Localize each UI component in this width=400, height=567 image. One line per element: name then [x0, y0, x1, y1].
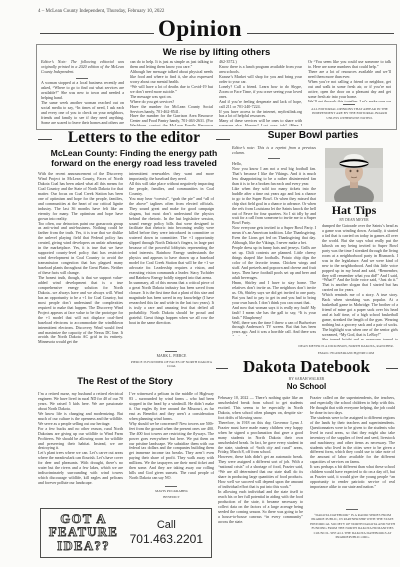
ad-line-3: IDEA??	[49, 540, 118, 553]
letter-title: McLean County: Finding the energy path f…	[38, 149, 230, 169]
superbowl-col-1: Hello, Now you know I am not a real big …	[232, 162, 316, 336]
superbowl-signature-email: EMAIL: FIGURE4RANCH@NRT.COM	[298, 351, 394, 355]
editorial-col-2: can do to help. It is just as simple as …	[130, 60, 213, 126]
ad-call-label: Call	[130, 519, 203, 533]
editorial-editors-note: Editor’s Note: The following editorial w…	[41, 60, 124, 76]
datebook-col-2: Frazier called on the superintendents, t…	[310, 396, 395, 506]
editorial-col-4: Or “You seem like you could use someone …	[308, 60, 391, 102]
opinion-rule-left	[40, 33, 154, 34]
editorial-col-3: 462-3572.) Know there is a lunch program…	[219, 60, 302, 126]
letters-section-title: Letters to the editor	[38, 129, 230, 147]
note-divider	[76, 78, 88, 79]
letter-signature: MARK L. PIERCE	[129, 354, 214, 359]
datebook-article-title: No School	[215, 382, 398, 391]
letter-col-1: With the recent announcement of the Disc…	[38, 172, 123, 348]
superbowl-signature: DEAN MEYER IS A DICKINSON, NORTH DAKOTA,…	[298, 344, 394, 348]
masthead-date-line: 4 – McLean County Independent, Thursday,…	[38, 9, 358, 14]
rest-of-story-signature: MAVIS PULKRABEK	[129, 489, 214, 494]
datebook-col-1: February 10, 2022 — There’s nothing quit…	[218, 396, 303, 534]
hat-tips-title: Hat Tips	[320, 203, 388, 218]
rest-of-story-title: The Rest of the Story	[35, 376, 215, 387]
superbowl-editors-note: Editor’s note: This is a reprint from a …	[232, 146, 316, 157]
datebook-footer: “DAKOTA DATEBOOK” IS A RADIO SERIES FROM…	[310, 513, 395, 540]
editorial-board-note: ALL EDITORIAL OPINIONS THAT APPEAR IN TH…	[308, 107, 391, 120]
editorial-title: We rise by lifting others	[37, 47, 396, 58]
ad-line-2: FEATURE	[49, 526, 118, 539]
opinion-rule-right	[247, 33, 394, 34]
ad-phone-number: 701.463.2201	[130, 532, 203, 547]
rest-sig-divider	[165, 486, 177, 487]
letter-sig-divider	[165, 351, 177, 352]
rest-of-story-col-1: I’m a retired nurse, my husband a retire…	[38, 392, 123, 500]
cowboy-hat-portrait-illustration	[325, 148, 383, 202]
feature-idea-ad: GOT A FEATURE IDEA?? Call 701.463.2201	[40, 508, 212, 558]
newspaper-opinion-page: 4 – McLean County Independent, Thursday,…	[0, 0, 400, 567]
datebook-section-title: Dakota Datebook	[215, 357, 398, 377]
editorial-col-1: A woman stopped at a local business rece…	[41, 81, 124, 126]
ad-phone-block: Call 701.463.2201	[130, 519, 203, 548]
rest-of-story-col-2: I’ve witnessed a pelican in the middle o…	[129, 392, 214, 484]
rest-of-story-signature-location: BENEDICT	[129, 495, 214, 499]
superbowl-note-divider	[268, 158, 280, 159]
datebook-footer-divider	[346, 509, 358, 510]
ad-headline: GOT A FEATURE IDEA??	[49, 513, 118, 552]
letter-signature-role: PIERCE IS FOUNDER OF FACES OF NORTH DAKO…	[129, 360, 214, 369]
letter-col-2: intermittent renewables they want and mo…	[129, 172, 214, 348]
editorial-footer-divider	[343, 104, 355, 105]
section-title-opinion: Opinion	[0, 16, 400, 42]
dean-meyer-photo	[325, 148, 383, 202]
superbowl-col-2: dumped the Gatorade over the Saints’s he…	[322, 224, 398, 340]
hat-tips-byline: BY DEAN MEYER	[320, 218, 388, 223]
superbowl-title: Super Bowl parties	[228, 130, 398, 141]
